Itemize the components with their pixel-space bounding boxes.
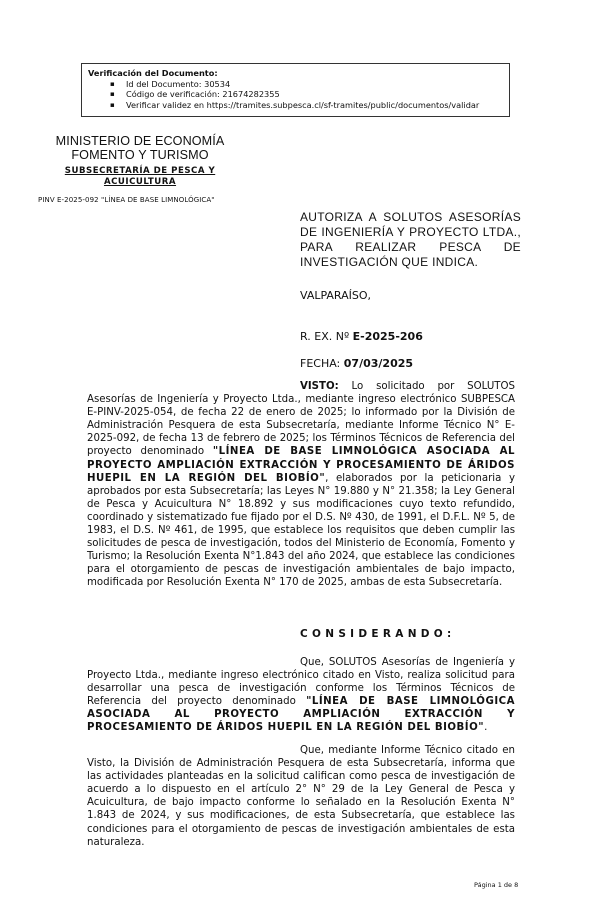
- resolution-date-value: 07/03/2025: [344, 357, 413, 370]
- considerando-paragraph-1: Que, SOLUTOS Asesorías de Ingeniería y P…: [87, 656, 515, 735]
- ministry-line-1: MINISTERIO DE ECONOMÍA: [30, 134, 250, 148]
- ministry-line-2: FOMENTO Y TURISMO: [30, 148, 250, 162]
- ministry-name: MINISTERIO DE ECONOMÍA FOMENTO Y TURISMO: [30, 134, 250, 162]
- verification-code: Código de verificación: 21674282355: [126, 89, 503, 100]
- verification-title: Verificación del Documento:: [88, 68, 503, 79]
- visto-text-b: , elaborados por la peticionaria y aprob…: [87, 473, 515, 589]
- considerando-1-end: .: [484, 722, 487, 733]
- resolution-number-label: R. EX. Nº: [300, 330, 353, 343]
- resolution-number: R. EX. Nº E-2025-206: [300, 330, 423, 343]
- project-reference: PINV E-2025-092 "LÍNEA DE BASE LIMNOLÓGI…: [38, 196, 215, 204]
- resolution-date: FECHA: 07/03/2025: [300, 357, 413, 370]
- visto-paragraph: VISTO: Lo solicitado por SOLUTOS Asesorí…: [87, 380, 515, 590]
- considerando-heading: CONSIDERANDO:: [300, 628, 456, 640]
- resolution-summary: AUTORIZA A SOLUTOS ASESORÍAS DE INGENIER…: [300, 210, 521, 270]
- document-id: Id del Documento: 30534: [126, 79, 503, 90]
- place: VALPARAÍSO,: [300, 289, 371, 302]
- page-number: Página 1 de 8: [474, 881, 518, 889]
- resolution-date-label: FECHA:: [300, 357, 344, 370]
- considerando-paragraph-2: Que, mediante Informe Técnico citado en …: [87, 744, 515, 849]
- verification-url[interactable]: Verificar validez en https://tramites.su…: [126, 100, 503, 111]
- verification-list: Id del Documento: 30534 Código de verifi…: [88, 79, 503, 111]
- visto-label: VISTO:: [300, 381, 339, 392]
- subsecretaria-name: SUBSECRETARÍA DE PESCA Y ACUICULTURA: [30, 166, 250, 188]
- resolution-number-value: E-2025-206: [353, 330, 423, 343]
- verification-box: Verificación del Documento: Id del Docum…: [81, 63, 510, 117]
